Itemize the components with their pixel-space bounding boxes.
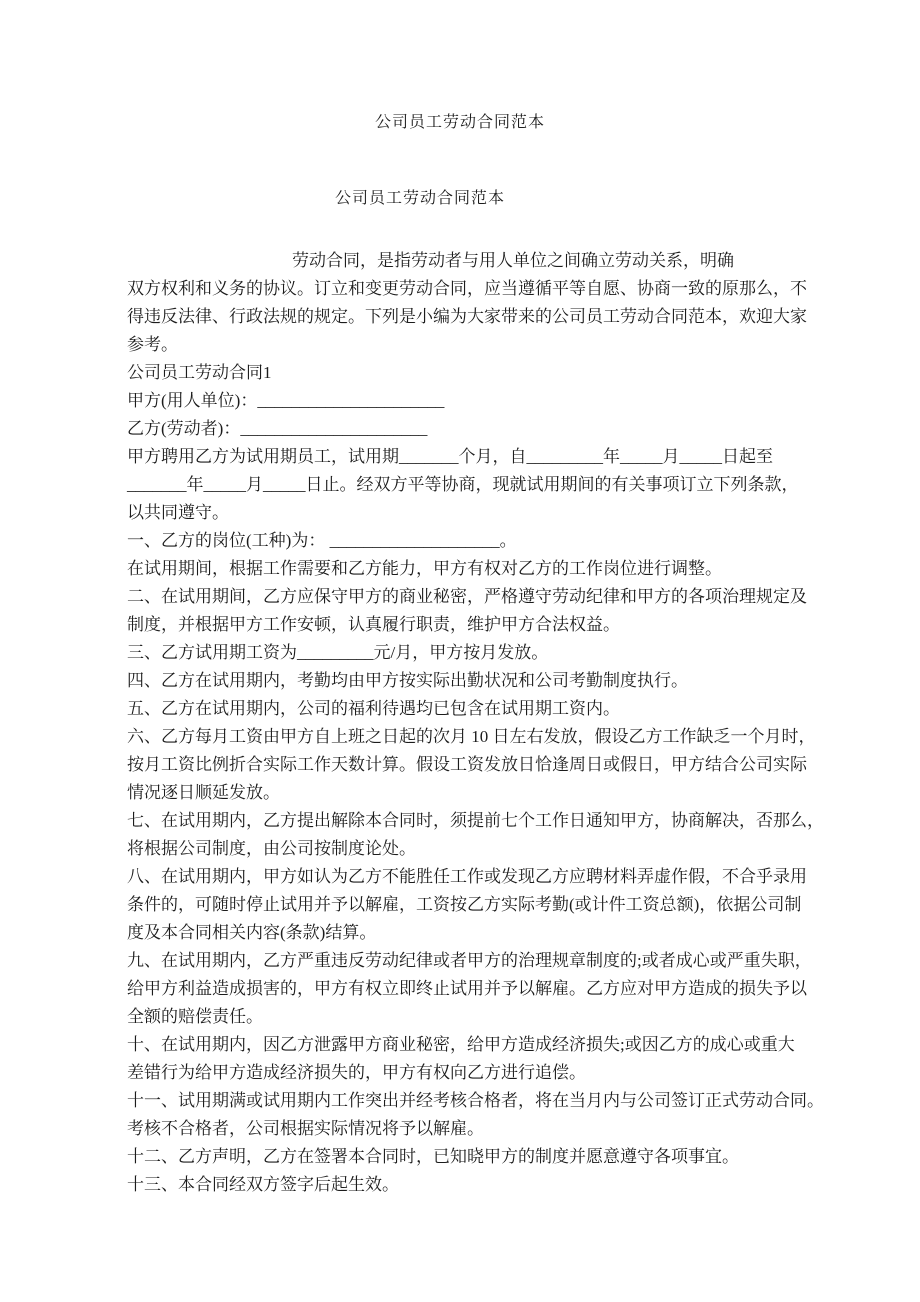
clause-1-note: 在试用期间，根据工作需要和乙方能力，甲方有权对乙方的工作岗位进行调整。	[127, 555, 832, 583]
document-subtitle: 公司员工劳动合同范本	[335, 189, 920, 208]
clause-1: 一、乙方的岗位(工种)为： ____________________。	[127, 527, 832, 555]
section-heading: 公司员工劳动合同1	[127, 359, 832, 387]
probation-terms-paragraph: 甲方聘用乙方为试用期员工，试用期_______个月，自_________年___…	[127, 443, 832, 527]
document-title: 公司员工劳动合同范本	[0, 0, 920, 132]
party-b-line: 乙方(劳动者)：______________________	[127, 415, 832, 443]
clause-6: 六、乙方每月工资由甲方自上班之日起的次月 10 日左右发放，假设乙方工作缺乏一个…	[127, 723, 832, 807]
clause-5: 五、乙方在试用期内，公司的福利待遇均已包含在试用期工资内。	[127, 695, 832, 723]
document-body: 劳动合同，是指劳动者与用人单位之间确立劳动关系，明确 双方权利和义务的协议。订立…	[127, 247, 832, 1199]
clause-3: 三、乙方试用期工资为_________元/月，甲方按月发放。	[127, 639, 832, 667]
clause-7: 七、在试用期内，乙方提出解除本合同时，须提前七个工作日通知甲方，协商解决，否那么…	[127, 807, 832, 863]
clause-12: 十二、乙方声明，乙方在签署本合同时，已知晓甲方的制度并愿意遵守各项事宜。	[127, 1143, 832, 1171]
intro-paragraph: 劳动合同，是指劳动者与用人单位之间确立劳动关系，明确 双方权利和义务的协议。订立…	[127, 247, 832, 359]
party-a-line: 甲方(用人单位)：______________________	[127, 387, 832, 415]
clause-13: 十三、本合同经双方签字后起生效。	[127, 1171, 832, 1199]
document-page: 公司员工劳动合同范本 公司员工劳动合同范本 劳动合同，是指劳动者与用人单位之间确…	[0, 0, 920, 1302]
clause-10: 十、在试用期内，因乙方泄露甲方商业秘密，给甲方造成经济损失;或因乙方的成心或重大…	[127, 1031, 832, 1087]
clause-8: 八、在试用期内，甲方如认为乙方不能胜任工作或发现乙方应聘材料弄虚作假，不合乎录用…	[127, 863, 832, 947]
clause-9: 九、在试用期内，乙方严重违反劳动纪律或者甲方的治理规章制度的;或者成心或严重失职…	[127, 947, 832, 1031]
clause-11: 十一、试用期满或试用期内工作突出并经考核合格者，将在当月内与公司签订正式劳动合同…	[127, 1087, 832, 1143]
clause-2: 二、在试用期间，乙方应保守甲方的商业秘密，严格遵守劳动纪律和甲方的各项治理规定及…	[127, 583, 832, 639]
clause-4: 四、乙方在试用期内，考勤均由甲方按实际出勤状况和公司考勤制度执行。	[127, 667, 832, 695]
